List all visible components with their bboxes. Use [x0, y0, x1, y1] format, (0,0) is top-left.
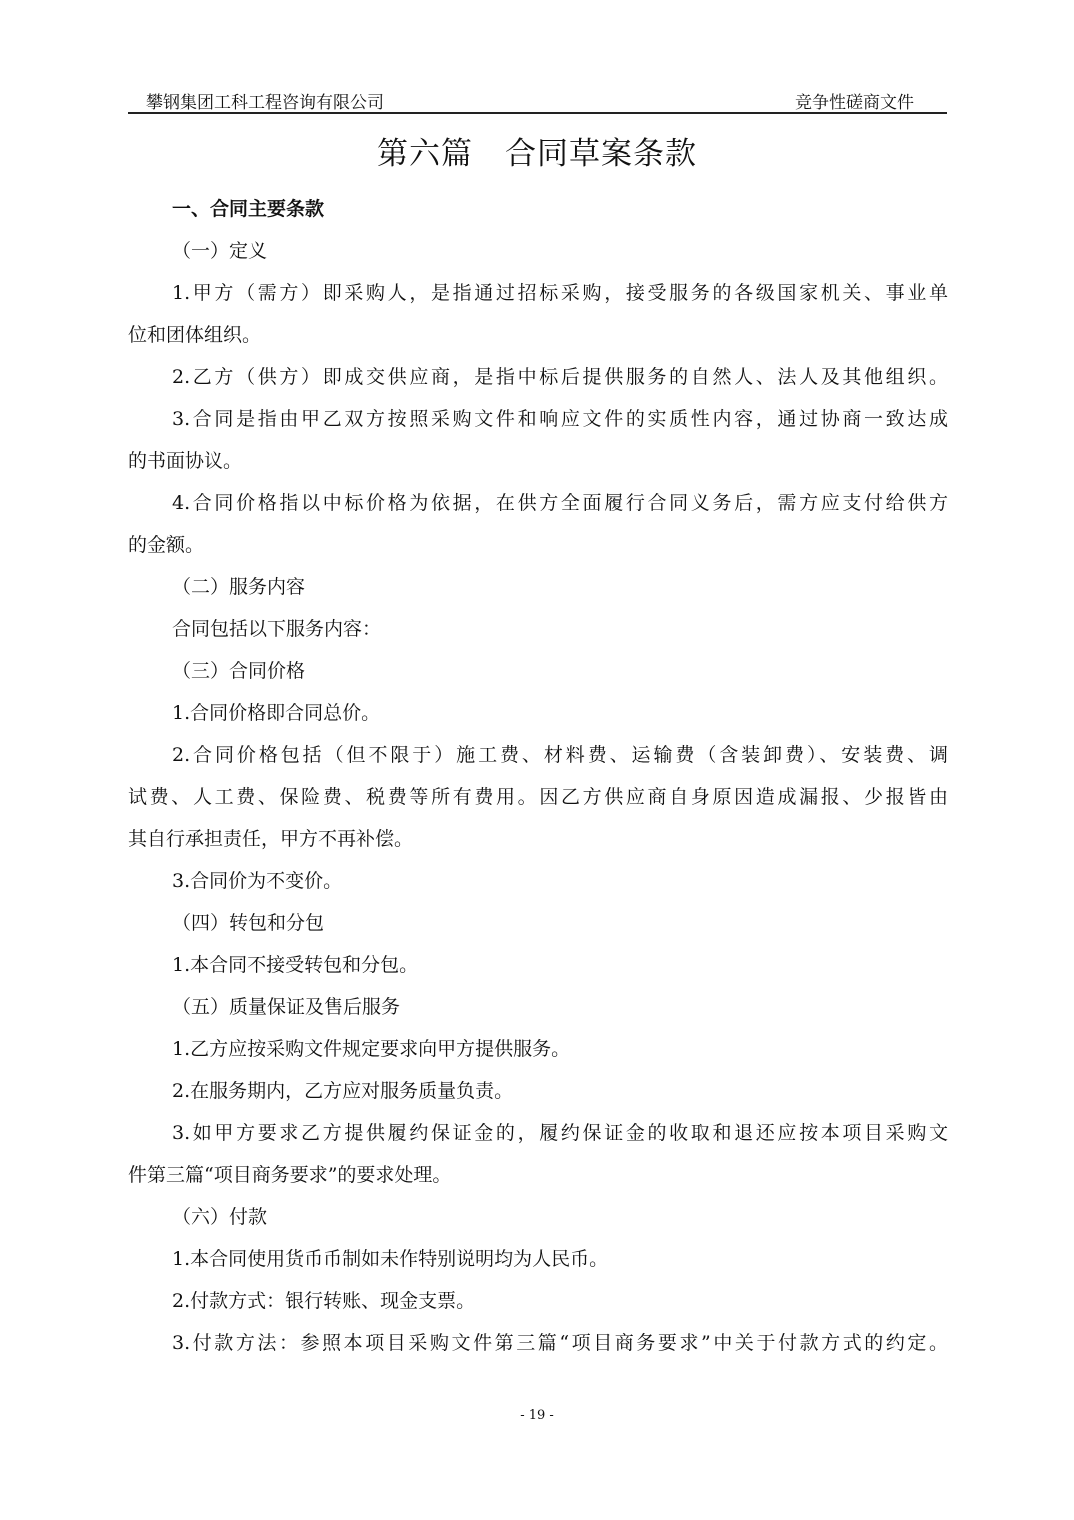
text-line: 1.本合同不接受转包和分包。 — [128, 944, 948, 986]
text-line: 合同包括以下服务内容： — [128, 608, 948, 650]
text-line: 2.乙方（供方）即成交供应商，是指中标后提供服务的自然人、法人及其他组织。 — [128, 356, 948, 398]
text-line: （一）定义 — [128, 230, 948, 272]
text-line: 3.付款方法：参照本项目采购文件第三篇“项目商务要求”中关于付款方式的约定。 — [128, 1322, 948, 1364]
text-line: （三）合同价格 — [128, 650, 948, 692]
text-line: 件第三篇“项目商务要求”的要求处理。 — [128, 1154, 948, 1196]
text-line: （四）转包和分包 — [128, 902, 948, 944]
text-line: 1.合同价格即合同总价。 — [128, 692, 948, 734]
text-line: （六）付款 — [128, 1196, 948, 1238]
text-line: （五）质量保证及售后服务 — [128, 986, 948, 1028]
header-divider — [128, 112, 947, 114]
text-line: 3.合同价为不变价。 — [128, 860, 948, 902]
text-line: 1.乙方应按采购文件规定要求向甲方提供服务。 — [128, 1028, 948, 1070]
text-line: 3.合同是指由甲乙双方按照采购文件和响应文件的实质性内容，通过协商一致达成 — [128, 398, 948, 440]
text-line: 一、合同主要条款 — [128, 188, 948, 230]
text-line: 3.如甲方要求乙方提供履约保证金的，履约保证金的收取和退还应按本项目采购文 — [128, 1112, 948, 1154]
header-document-type: 竞争性磋商文件 — [795, 88, 914, 113]
page-title: 第六篇 合同草案条款 — [0, 128, 1074, 173]
page-header: 攀钢集团工科工程咨询有限公司 竞争性磋商文件 — [128, 86, 946, 112]
text-line: （二）服务内容 — [128, 566, 948, 608]
text-line: 的金额。 — [128, 524, 948, 566]
text-line: 2.在服务期内，乙方应对服务质量负责。 — [128, 1070, 948, 1112]
text-line: 其自行承担责任，甲方不再补偿。 — [128, 818, 948, 860]
text-line: 的书面协议。 — [128, 440, 948, 482]
text-line: 位和团体组织。 — [128, 314, 948, 356]
text-line: 4.合同价格指以中标价格为依据，在供方全面履行合同义务后，需方应支付给供方 — [128, 482, 948, 524]
text-line: 2.付款方式：银行转账、现金支票。 — [128, 1280, 948, 1322]
text-line: 1.本合同使用货币币制如未作特别说明均为人民币。 — [128, 1238, 948, 1280]
document-body: 一、合同主要条款（一）定义1.甲方（需方）即采购人，是指通过招标采购，接受服务的… — [128, 188, 948, 1364]
page-number: - 19 - — [0, 1408, 1074, 1423]
header-company-name: 攀钢集团工科工程咨询有限公司 — [146, 88, 384, 113]
text-line: 试费、人工费、保险费、税费等所有费用。因乙方供应商自身原因造成漏报、少报皆由 — [128, 776, 948, 818]
text-line: 1.甲方（需方）即采购人，是指通过招标采购，接受服务的各级国家机关、事业单 — [128, 272, 948, 314]
text-line: 2.合同价格包括（但不限于）施工费、材料费、运输费（含装卸费）、安装费、调 — [128, 734, 948, 776]
